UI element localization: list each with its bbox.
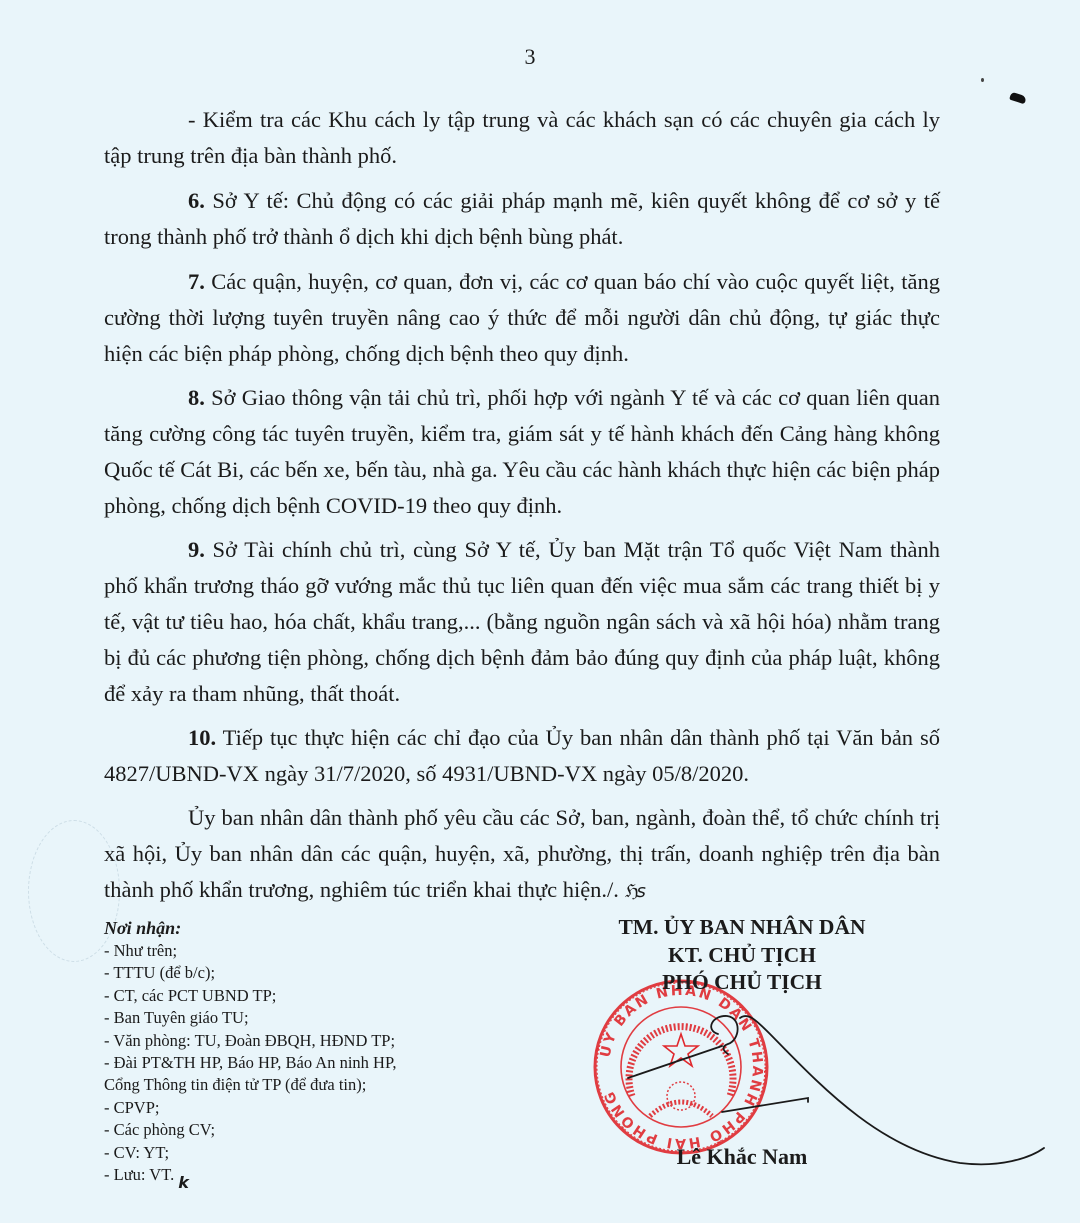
signature-title-line1: TM. ỦY BAN NHÂN DÂN <box>582 914 902 942</box>
paragraph-text: Tiếp tục thực hiện các chỉ đạo của Ủy ba… <box>104 725 940 786</box>
recipients-title: Nơi nhận: <box>104 916 504 940</box>
recipient-item: Cổng Thông tin điện tử TP (để đưa tin); <box>104 1074 504 1096</box>
recipient-item: - Như trên; <box>104 940 504 962</box>
paragraph-number: 6. <box>188 188 205 213</box>
paragraph-8: 8. Sở Giao thông vận tải chủ trì, phối h… <box>104 380 940 524</box>
signature-block: TM. ỦY BAN NHÂN DÂN KT. CHỦ TỊCH PHÓ CHỦ… <box>582 914 902 997</box>
clerk-mark: k <box>178 1173 189 1192</box>
signature-title-line3: PHÓ CHỦ TỊCH <box>582 969 902 997</box>
paragraph-number: 7. <box>188 269 205 294</box>
recipient-item-text: - Lưu: VT. <box>104 1165 174 1184</box>
star-icon <box>664 1034 698 1066</box>
scan-speck <box>981 78 984 82</box>
paragraph-number: 9. <box>188 537 205 562</box>
paragraph-text: Sở Y tế: Chủ động có các giải pháp mạnh … <box>104 188 940 249</box>
paragraph-text: Ủy ban nhân dân thành phố yêu cầu các Sở… <box>104 805 940 902</box>
recipient-item: - CPVP; <box>104 1097 504 1119</box>
paragraph-9: 9. Sở Tài chính chủ trì, cùng Sở Y tế, Ủ… <box>104 532 940 712</box>
paragraph-quarantine-check: - Kiểm tra các Khu cách ly tập trung và … <box>104 102 940 174</box>
closing-paragraph: Ủy ban nhân dân thành phố yêu cầu các Sở… <box>104 800 940 910</box>
recipient-item: - Đài PT&TH HP, Báo HP, Báo An ninh HP, <box>104 1052 504 1074</box>
paragraph-number: 10. <box>188 725 216 750</box>
page-number: 3 <box>0 44 1060 70</box>
recipient-item: - Lưu: VT.k <box>104 1164 504 1186</box>
handwritten-initials: ℌs <box>625 881 644 902</box>
red-seal-stamp: ỦY BAN NHÂN DÂN THÀNH PHỐ HẢI PHÒNG <box>592 978 770 1156</box>
recipients-list: Nơi nhận: - Như trên; - TTTU (để b/c); -… <box>104 916 504 1186</box>
paragraph-text: Các quận, huyện, cơ quan, đơn vị, các cơ… <box>104 269 940 366</box>
paragraph-number: 8. <box>188 385 205 410</box>
recipient-item: - Ban Tuyên giáo TU; <box>104 1007 504 1029</box>
paragraph-text: Sở Tài chính chủ trì, cùng Sở Y tế, Ủy b… <box>104 537 940 706</box>
paragraph-text: - Kiểm tra các Khu cách ly tập trung và … <box>104 107 940 168</box>
paragraph-6: 6. Sở Y tế: Chủ động có các giải pháp mạ… <box>104 183 940 255</box>
paragraph-7: 7. Các quận, huyện, cơ quan, đơn vị, các… <box>104 264 940 372</box>
signature-title-line2: KT. CHỦ TỊCH <box>582 942 902 970</box>
paragraph-text: Sở Giao thông vận tải chủ trì, phối hợp … <box>104 385 940 518</box>
paragraph-10: 10. Tiếp tục thực hiện các chỉ đạo của Ủ… <box>104 720 940 792</box>
recipient-item: - TTTU (để b/c); <box>104 962 504 984</box>
scan-speck <box>1009 92 1027 105</box>
recipient-item: - CV: YT; <box>104 1142 504 1164</box>
recipient-item: - Các phòng CV; <box>104 1119 504 1141</box>
recipient-item: - Văn phòng: TU, Đoàn ĐBQH, HĐND TP; <box>104 1030 504 1052</box>
recipient-item: - CT, các PCT UBND TP; <box>104 985 504 1007</box>
signer-name: Lê Khắc Nam <box>582 1144 902 1170</box>
